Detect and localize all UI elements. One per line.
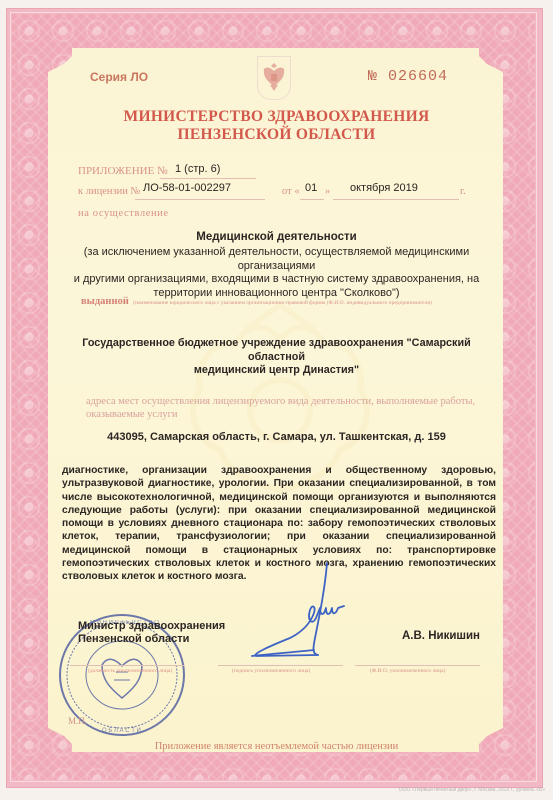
organization-line: медицинский центр Династия" — [60, 364, 493, 378]
addresses-label: адреса мест осуществления лицензируемого… — [86, 395, 486, 421]
signer-name: А.В. Никишин — [402, 630, 480, 642]
organization-line: Государственное бюджетное учреждение здр… — [60, 337, 493, 364]
position-caption: (должность уполномоченного лица) — [88, 668, 172, 674]
ministry-title-line2: ПЕНЗЕНСКОЙ ОБЛАСТИ — [0, 126, 553, 144]
activity-exclusion: (за исключением указанной деятельности, … — [60, 246, 493, 300]
date-close-quote: » — [325, 186, 330, 197]
signatory-position: Министр здравоохранения Пензенской облас… — [78, 620, 225, 646]
license-underline — [135, 199, 265, 200]
ministry-title-line1: МИНИСТЕРСТВО ЗДРАВООХРАНЕНИЯ — [0, 108, 553, 126]
activity-title: Медицинской деятельности — [60, 231, 493, 245]
issued-to-hint: (наименование юридического лица с указан… — [133, 300, 431, 306]
issued-to-block: выданной (наименование юридического лица… — [81, 295, 481, 308]
series-label: Серия ЛО — [90, 70, 148, 84]
license-number: ЛО-58-01-002297 — [143, 182, 231, 194]
organization-name: Государственное бюджетное учреждение здр… — [60, 337, 493, 378]
exclusion-line: и другими организациями, входящими в час… — [60, 273, 493, 287]
printer-imprint: ООО «Первый печатный двор», г. Москва, 2… — [399, 787, 545, 793]
activity-label: на осуществление — [78, 208, 169, 219]
position-line: Министр здравоохранения — [78, 620, 225, 633]
name-underline — [355, 665, 480, 666]
issued-to-label: выданной — [81, 296, 129, 307]
date-day: 01 — [305, 182, 317, 194]
year-suffix: г. — [460, 186, 466, 197]
signature-caption: (подпись уполномоченного лица) — [232, 668, 310, 674]
stamp-mp-label: М.П. — [68, 716, 87, 726]
appendix-label: ПРИЛОЖЕНИЕ № — [78, 165, 168, 177]
month-underline — [333, 199, 459, 200]
exclusion-line: (за исключением указанной деятельности, … — [60, 246, 493, 273]
appendix-value: 1 (стр. 6) — [175, 163, 220, 175]
position-line: Пензенской области — [78, 633, 225, 646]
position-underline — [70, 665, 185, 666]
appendix-underline — [160, 178, 256, 179]
handwritten-signature-icon — [240, 558, 360, 668]
appendix-footer-note: Приложение является неотъемлемой частью … — [0, 741, 553, 752]
date-from-label: от « — [282, 186, 300, 197]
name-caption: (Ф.И.О. уполномоченного лица) — [370, 668, 445, 674]
form-number: № 026604 — [368, 68, 448, 85]
svg-text:О Б Л А С Т И: О Б Л А С Т И — [102, 728, 141, 734]
day-underline — [300, 199, 324, 200]
address-value: 443095, Самарская область, г. Самара, ул… — [60, 431, 493, 445]
russian-coat-of-arms-icon — [257, 56, 291, 100]
license-label: к лицензии № — [78, 186, 141, 197]
date-month-year: октября 2019 — [350, 182, 418, 194]
